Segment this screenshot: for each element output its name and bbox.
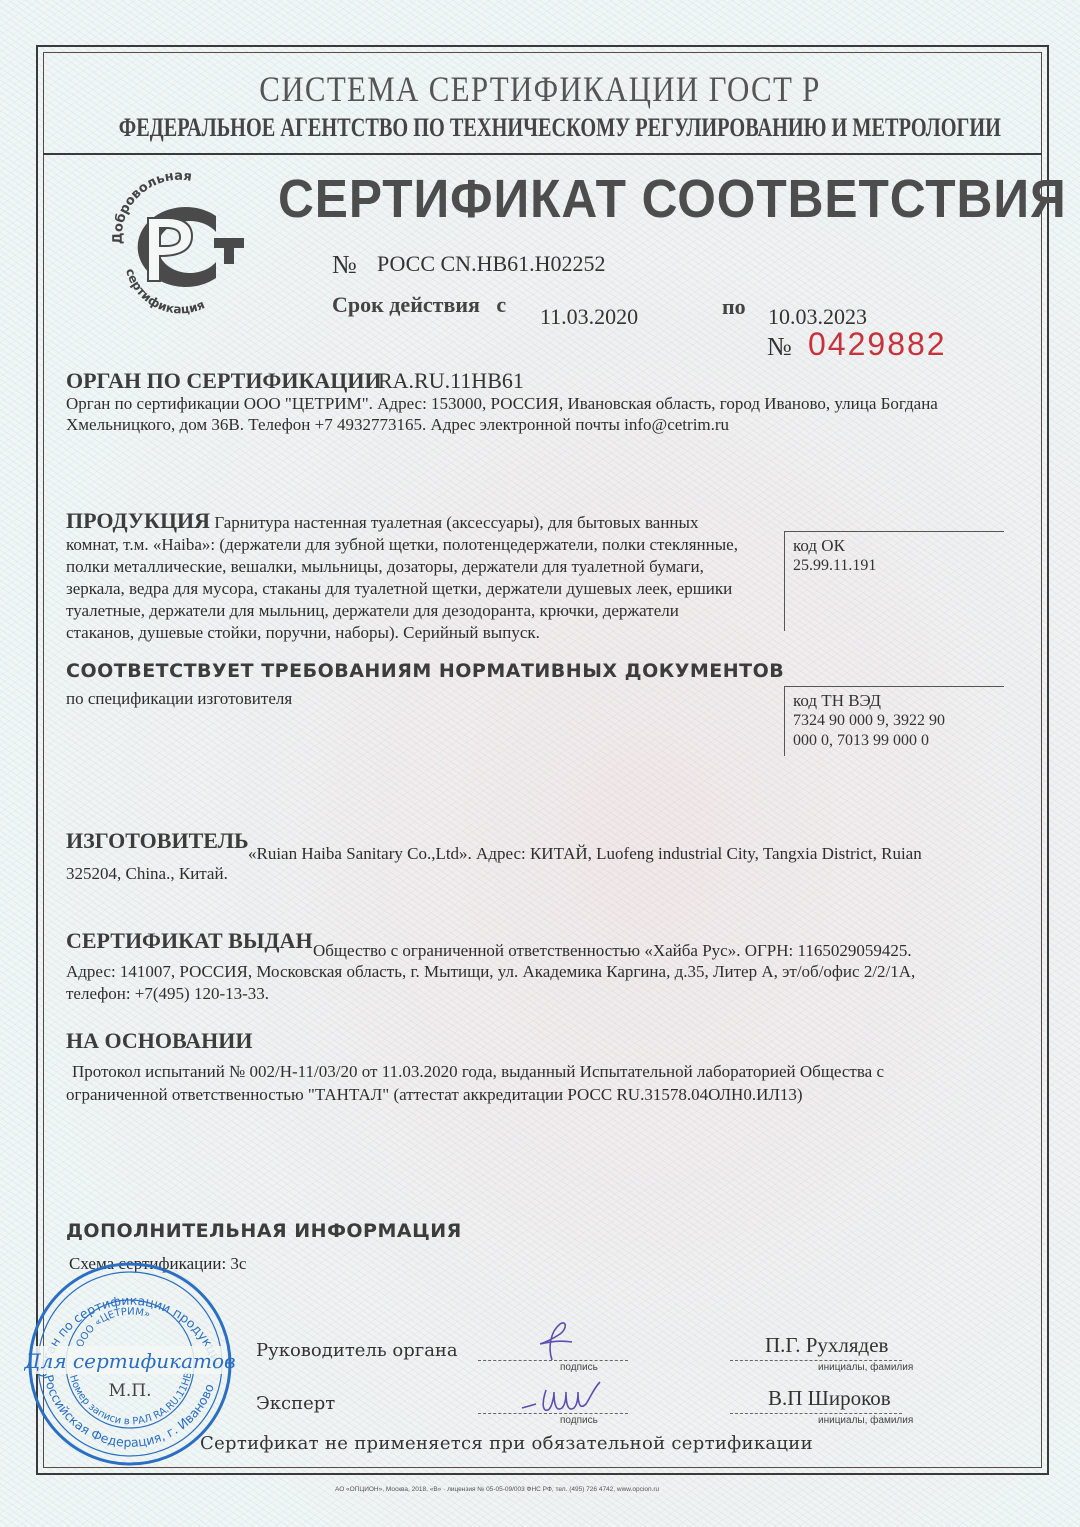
compliance-text: по спецификации изготовителя — [66, 688, 292, 709]
certificate-number: РОСС CN.НВ61.Н02252 — [377, 251, 606, 277]
document-title: СЕРТИФИКАТ СООТВЕТСТВИЯ — [278, 168, 1067, 230]
manufacturer-heading: ИЗГОТОВИТЕЛЬ — [66, 828, 249, 854]
issued-to-line-3: телефон: +7(495) 120-13-33. — [66, 983, 269, 1004]
ok-code-box: код ОК 25.99.11.191 — [784, 531, 1004, 631]
tnved-code-label: код ТН ВЭД — [793, 691, 1004, 711]
manufacturer-line-2: 325204, China., Китай. — [66, 863, 228, 884]
from-label: с — [496, 292, 506, 317]
expert-name-line — [730, 1413, 902, 1414]
certification-body-text: Орган по сертификации ООО "ЦЕТРИМ". Адре… — [66, 393, 946, 435]
tnved-code-line-2: 000 0, 7013 99 000 0 — [793, 731, 1004, 751]
number-symbol: № — [332, 250, 357, 280]
disclaimer: Сертификат не применяется при обязательн… — [200, 1433, 813, 1454]
serial-symbol: № — [767, 332, 792, 362]
head-signature-icon — [530, 1320, 580, 1364]
valid-from-date: 11.03.2020 — [540, 304, 638, 330]
compliance-heading: СООТВЕТСТВУЕТ ТРЕБОВАНИЯМ НОРМАТИВНЫХ ДО… — [66, 660, 784, 682]
basis-heading: НА ОСНОВАНИИ — [66, 1028, 253, 1054]
tnved-code-line-1: 7324 90 000 9, 3922 90 — [793, 711, 1004, 731]
expert-name-caption: инициалы, фамилия — [818, 1415, 913, 1426]
product-section: ПРОДУКЦИЯ Гарнитура настенная туалетная … — [66, 510, 746, 644]
issued-to-line-1: Общество с ограниченной ответственностью… — [313, 940, 912, 961]
blank-serial-number: 0429882 — [808, 326, 947, 363]
certification-body-heading: ОРГАН ПО СЕРТИФИКАЦИИ — [66, 368, 382, 394]
to-label: по — [722, 294, 746, 320]
agency-title: ФЕДЕРАЛЬНОЕ АГЕНТСТВО ПО ТЕХНИЧЕСКОМУ РЕ… — [119, 113, 961, 143]
certification-body-code: RA.RU.11НВ61 — [378, 368, 524, 394]
head-name-line — [730, 1360, 902, 1361]
basis-line-1: Протокол испытаний № 002/Н-11/03/20 от 1… — [72, 1061, 884, 1082]
head-name: П.Г. Рухлядев — [765, 1333, 888, 1358]
system-title: СИСТЕМА СЕРТИФИКАЦИИ ГОСТ Р — [76, 68, 1005, 110]
ok-code-label: код ОК — [793, 536, 1004, 556]
ok-code-value: 25.99.11.191 — [793, 556, 1004, 576]
issued-to-line-2: Адрес: 141007, РОССИЯ, Московская област… — [66, 961, 915, 982]
printer-imprint: АО «ОПЦИОН», Москва, 2018, «В» · лицензи… — [335, 1486, 659, 1493]
rst-logo-icon: Добровольная сертификация — [108, 166, 248, 316]
head-of-body-label: Руководитель органа — [256, 1340, 458, 1361]
validity-label: Срок действия с — [332, 292, 506, 318]
expert-name: В.П Широков — [768, 1386, 891, 1411]
svg-text:Для сертификатов: Для сертификатов — [24, 1349, 236, 1373]
validity-label-text: Срок действия — [332, 292, 480, 317]
basis-line-2: ограниченной ответственностью "ТАНТАЛ" (… — [66, 1084, 803, 1105]
additional-info-heading: ДОПОЛНИТЕЛЬНАЯ ИНФОРМАЦИЯ — [66, 1220, 462, 1242]
expert-signature-icon — [520, 1378, 620, 1422]
svg-text:М.П.: М.П. — [108, 1381, 151, 1401]
issued-to-heading: СЕРТИФИКАТ ВЫДАН — [66, 928, 313, 954]
manufacturer-line-1: «Ruian Haiba Sanitary Co.,Ltd». Адрес: К… — [248, 843, 922, 864]
header-divider — [43, 153, 1042, 155]
product-heading: ПРОДУКЦИЯ — [66, 508, 210, 533]
tnved-code-box: код ТН ВЭД 7324 90 000 9, 3922 90 000 0,… — [784, 686, 1004, 756]
expert-label: Эксперт — [256, 1393, 335, 1414]
head-name-caption: инициалы, фамилия — [818, 1362, 913, 1373]
